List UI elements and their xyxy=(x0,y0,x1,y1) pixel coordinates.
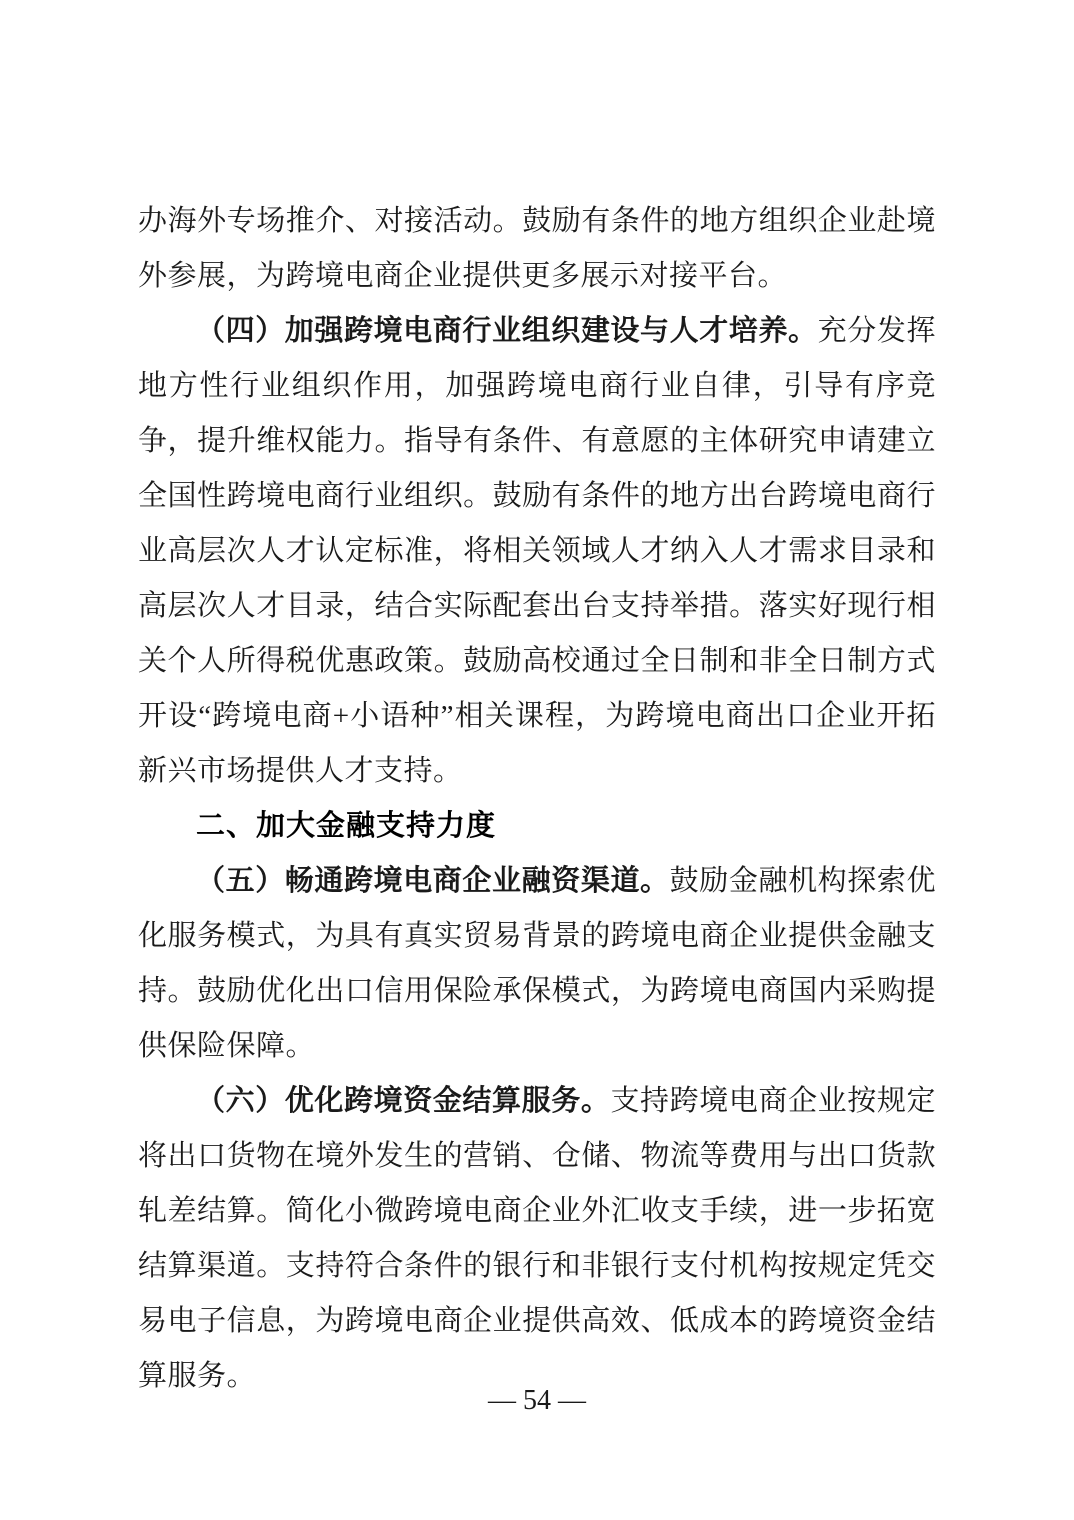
document-body: 办海外专场推介、对接活动。鼓励有条件的地方组织企业赴境外参展，为跨境电商企业提供… xyxy=(138,194,936,1404)
paragraph-item-4: （四）加强跨境电商行业组织建设与人才培养。充分发挥地方性行业组织作用，加强跨境电… xyxy=(138,304,936,799)
item-6-body: 支持跨境电商企业按规定将出口货物在境外发生的营销、仓储、物流等费用与出口货款轧差… xyxy=(138,1085,936,1392)
document-page: 办海外专场推介、对接活动。鼓励有条件的地方组织企业赴境外参展，为跨境电商企业提供… xyxy=(0,0,1074,1520)
page-number: — 54 — xyxy=(0,1384,1074,1418)
paragraph-item-5: （五）畅通跨境电商企业融资渠道。鼓励金融机构探索优化服务模式，为具有真实贸易背景… xyxy=(138,854,936,1074)
paragraph-item-6: （六）优化跨境资金结算服务。支持跨境电商企业按规定将出口货物在境外发生的营销、仓… xyxy=(138,1074,936,1404)
item-4-body: 充分发挥地方性行业组织作用，加强跨境电商行业自律，引导有序竞争，提升维权能力。指… xyxy=(138,315,936,787)
paragraph-continuation: 办海外专场推介、对接活动。鼓励有条件的地方组织企业赴境外参展，为跨境电商企业提供… xyxy=(138,194,936,304)
item-6-lead: （六）优化跨境资金结算服务。 xyxy=(196,1085,610,1117)
item-5-lead: （五）畅通跨境电商企业融资渠道。 xyxy=(196,865,670,897)
item-4-lead: （四）加强跨境电商行业组织建设与人才培养。 xyxy=(196,315,818,347)
section-heading: 二、加大金融支持力度 xyxy=(138,799,936,854)
